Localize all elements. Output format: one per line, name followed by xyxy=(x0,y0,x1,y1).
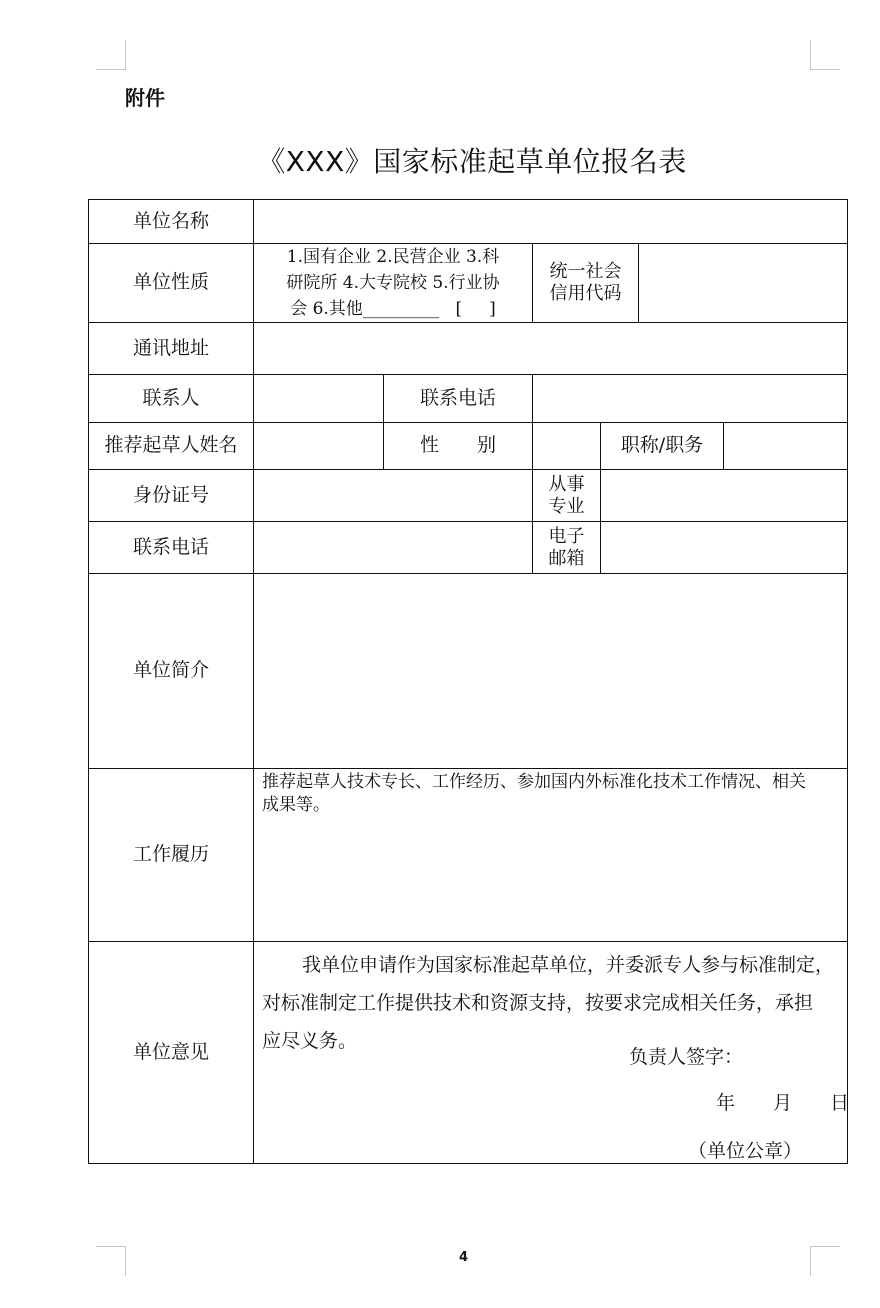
gender-label: 性 别 xyxy=(383,422,533,470)
unit-nature-line-1: 1.国有企业 2.民营企业 3.科 xyxy=(287,244,499,270)
address-field[interactable] xyxy=(253,322,848,375)
contact-phone-label: 联系电话 xyxy=(383,374,533,423)
work-history-label-text: 工作履历 xyxy=(133,843,209,867)
profession-field[interactable] xyxy=(600,469,848,522)
address-label-text: 通讯地址 xyxy=(133,337,209,361)
unit-nature-label-text: 单位性质 xyxy=(133,271,209,295)
signature-label: 负责人签字： xyxy=(629,1038,743,1076)
title-position-field[interactable] xyxy=(723,422,848,470)
unit-nature-options[interactable]: 1.国有企业 2.民营企业 3.科 研院所 4.大专院校 5.行业协 会 6.其… xyxy=(253,243,533,323)
unit-intro-label: 单位简介 xyxy=(88,573,254,769)
phone-label: 联系电话 xyxy=(88,521,254,574)
opinion-line-2: 对标准制定工作提供技术和资源支持，按要求完成相关任务，承担 xyxy=(262,984,839,1022)
crop-mark-bottom-left xyxy=(96,1246,126,1276)
opinion-line-1: 我单位申请作为国家标准起草单位，并委派专人参与标准制定， xyxy=(262,946,839,984)
page-title: 《XXX》国家标准起草单位报名表 xyxy=(0,140,880,180)
unit-name-label: 单位名称 xyxy=(88,199,254,244)
profession-label-line-2: 专业 xyxy=(549,496,585,518)
crop-mark-top-right xyxy=(810,40,840,70)
work-history-hint-line-1: 推荐起草人技术专长、工作经历、参加国内外标准化技术工作情况、相关 xyxy=(262,771,806,794)
contact-phone-label-text: 联系电话 xyxy=(420,387,496,411)
unit-intro-label-text: 单位简介 xyxy=(133,659,209,683)
unit-nature-label: 单位性质 xyxy=(88,243,254,323)
profession-label-line-1: 从事 xyxy=(549,474,585,496)
gender-label-text: 性 别 xyxy=(420,434,496,458)
contact-label-text: 联系人 xyxy=(142,387,199,411)
title-position-label-text: 职称/职务 xyxy=(621,434,703,458)
crop-mark-top-left xyxy=(96,40,126,70)
drafter-name-label: 推荐起草人姓名 xyxy=(88,422,254,470)
id-number-label: 身份证号 xyxy=(88,469,254,522)
email-field[interactable] xyxy=(600,521,848,574)
unit-nature-line-3: 会 6.其他_________ [ ] xyxy=(290,296,496,322)
unit-opinion-field[interactable]: 我单位申请作为国家标准起草单位，并委派专人参与标准制定， 对标准制定工作提供技术… xyxy=(253,941,848,1164)
unit-name-label-text: 单位名称 xyxy=(133,210,209,234)
unit-name-field[interactable] xyxy=(253,199,848,244)
id-number-field[interactable] xyxy=(253,469,533,522)
id-number-label-text: 身份证号 xyxy=(133,484,209,508)
contact-label: 联系人 xyxy=(88,374,254,423)
phone-field[interactable] xyxy=(253,521,533,574)
phone-label-text: 联系电话 xyxy=(133,536,209,560)
opinion-line-3: 应尽义务。 xyxy=(262,1022,839,1060)
credit-code-label-line-1: 统一社会 xyxy=(550,261,622,283)
email-label-line-2: 邮箱 xyxy=(549,548,585,570)
page-number: 4 xyxy=(459,1250,468,1265)
profession-label: 从事 专业 xyxy=(532,469,601,522)
credit-code-label-line-2: 信用代码 xyxy=(550,283,622,305)
address-label: 通讯地址 xyxy=(88,322,254,375)
contact-phone-field[interactable] xyxy=(532,374,848,423)
drafter-name-field[interactable] xyxy=(253,422,384,470)
crop-mark-bottom-right xyxy=(810,1246,840,1276)
attachment-label: 附件 xyxy=(125,82,165,111)
work-history-field[interactable]: 推荐起草人技术专长、工作经历、参加国内外标准化技术工作情况、相关 成果等。 xyxy=(253,768,848,942)
contact-field[interactable] xyxy=(253,374,384,423)
drafter-name-label-text: 推荐起草人姓名 xyxy=(104,434,237,458)
unit-intro-field[interactable] xyxy=(253,573,848,769)
unit-opinion-label-text: 单位意见 xyxy=(133,1041,209,1065)
email-label-line-1: 电子 xyxy=(549,526,585,548)
credit-code-label: 统一社会 信用代码 xyxy=(532,243,639,323)
gender-field[interactable] xyxy=(532,422,601,470)
title-position-label: 职称/职务 xyxy=(600,422,724,470)
seal-label: （单位公章） xyxy=(688,1132,802,1170)
email-label: 电子 邮箱 xyxy=(532,521,601,574)
work-history-label: 工作履历 xyxy=(88,768,254,942)
credit-code-field[interactable] xyxy=(638,243,848,323)
unit-opinion-label: 单位意见 xyxy=(88,941,254,1164)
work-history-hint-line-2: 成果等。 xyxy=(262,794,330,817)
date-label: 年 月 日 xyxy=(716,1084,849,1122)
unit-nature-line-2: 研院所 4.大专院校 5.行业协 xyxy=(286,270,499,296)
